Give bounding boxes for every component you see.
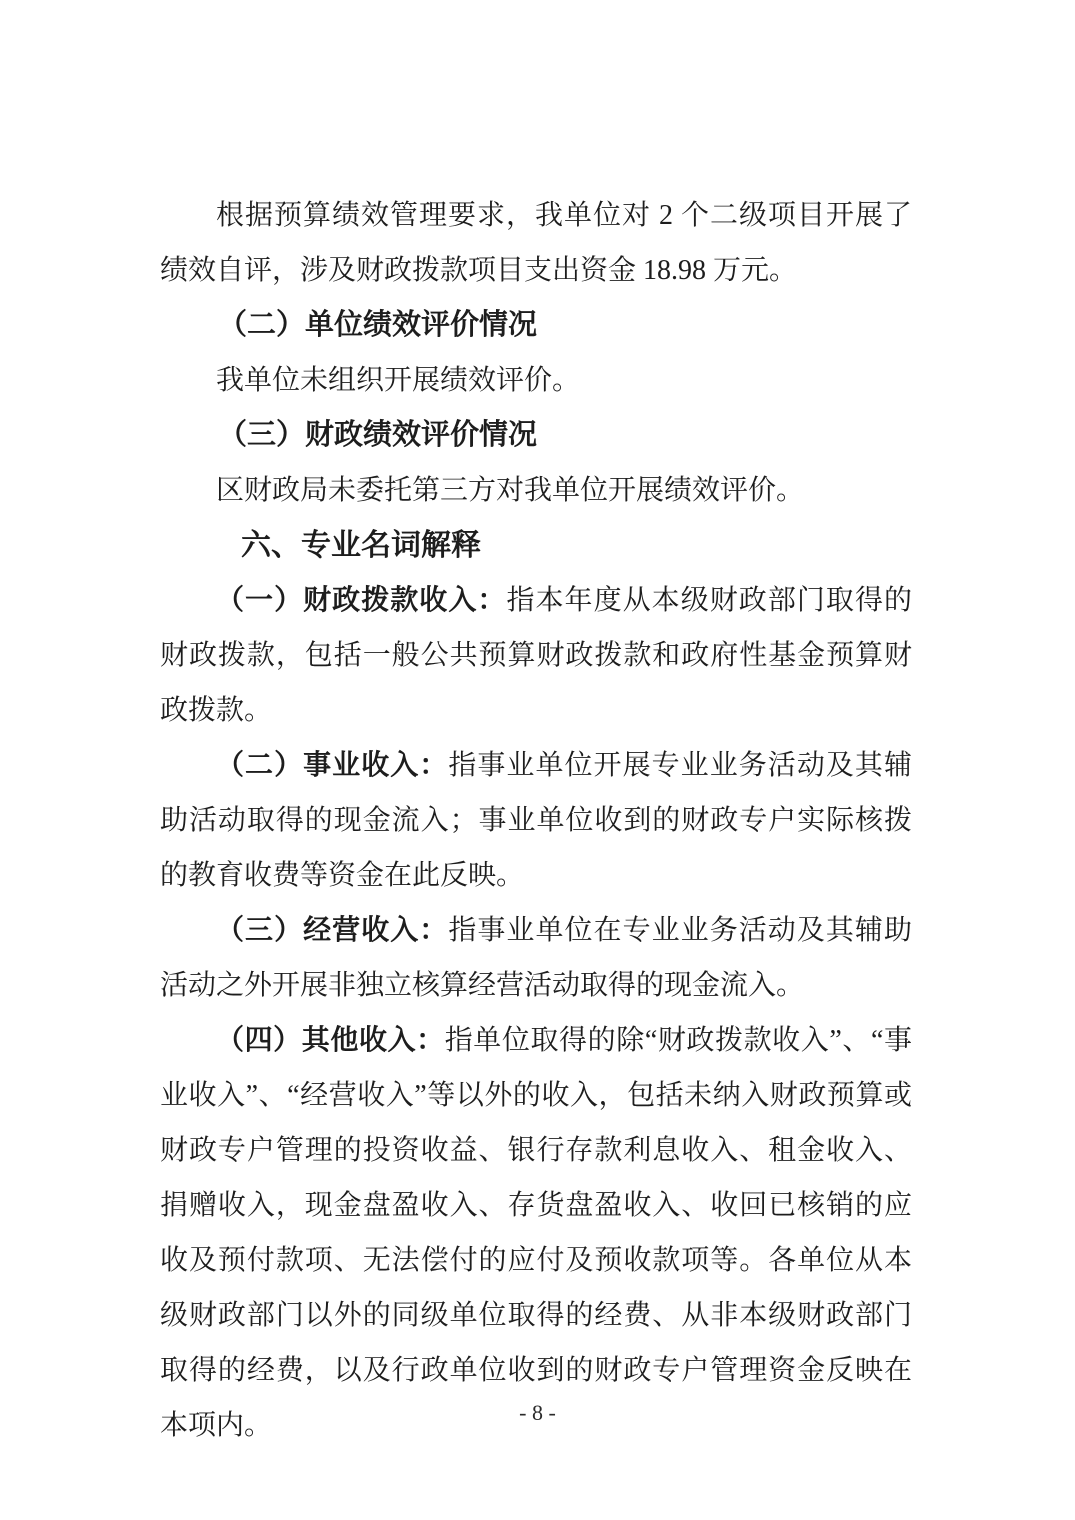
- document-body: 根据预算绩效管理要求，我单位对 2 个二级项目开展了绩效自评，涉及财政拨款项目支…: [160, 188, 912, 1453]
- term-lead-operating-income: （三）经营收入：: [216, 915, 448, 946]
- term-lead-other-income: （四）其他收入：: [216, 1025, 445, 1056]
- paragraph-performance-self-evaluation: 根据预算绩效管理要求，我单位对 2 个二级项目开展了绩效自评，涉及财政拨款项目支…: [160, 188, 912, 298]
- heading-terminology-section: 六、专业名词解释: [160, 518, 912, 573]
- term-lead-fiscal-appropriation-income: （一）财政拨款收入：: [216, 585, 506, 616]
- paragraph-term-other-income: （四）其他收入：指单位取得的除“财政拨款收入”、“事业收入”、“经营收入”等以外…: [160, 1013, 912, 1453]
- paragraph-fiscal-performance-evaluation: 区财政局未委托第三方对我单位开展绩效评价。: [160, 463, 912, 518]
- page-number: - 8 -: [0, 1398, 1075, 1428]
- heading-fiscal-performance-evaluation: （三）财政绩效评价情况: [160, 408, 912, 463]
- paragraph-unit-performance-evaluation: 我单位未组织开展绩效评价。: [160, 353, 912, 408]
- paragraph-term-operating-income: （三）经营收入：指事业单位在专业业务活动及其辅助活动之外开展非独立核算经营活动取…: [160, 903, 912, 1013]
- term-definition-other-income: 指单位取得的除“财政拨款收入”、“事业收入”、“经营收入”等以外的收入，包括未纳…: [160, 1025, 912, 1441]
- heading-unit-performance-evaluation: （二）单位绩效评价情况: [160, 298, 912, 353]
- paragraph-term-fiscal-appropriation-income: （一）财政拨款收入：指本年度从本级财政部门取得的财政拨款，包括一般公共预算财政拨…: [160, 573, 912, 738]
- term-lead-institutional-income: （二）事业收入：: [216, 750, 448, 781]
- document-page: 根据预算绩效管理要求，我单位对 2 个二级项目开展了绩效自评，涉及财政拨款项目支…: [0, 0, 1075, 1520]
- paragraph-term-institutional-income: （二）事业收入：指事业单位开展专业业务活动及其辅助活动取得的现金流入；事业单位收…: [160, 738, 912, 903]
